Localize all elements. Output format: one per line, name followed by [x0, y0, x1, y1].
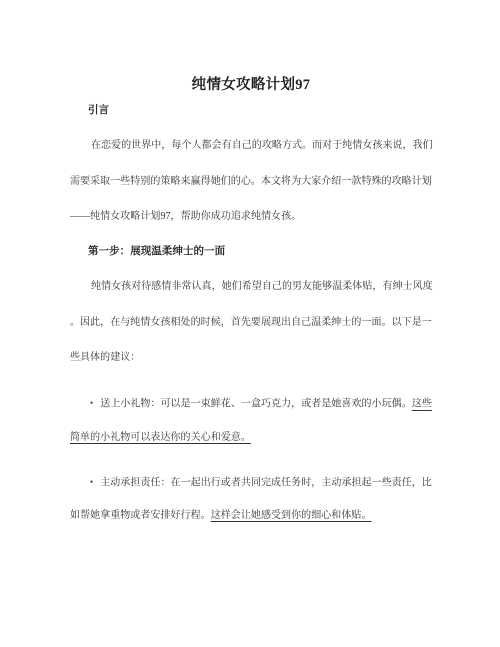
- text-segment: 如帮她拿重物或者安排好行程。: [70, 510, 211, 521]
- step1-paragraph-line-3: 些具体的建议：: [70, 340, 432, 375]
- step1-paragraph-line-2: 。因此，在与纯情女孩相处的时候，首先要展现出自己温柔绅士的一面。以下是一: [70, 305, 432, 340]
- bullet-text: 送上小礼物：可以是一束鲜花、一盒巧克力，或者是她喜欢的小玩偶。这些: [100, 399, 432, 410]
- intro-paragraph-line-3: ——纯情女攻略计划97，帮助你成功追求纯情女孩。: [70, 199, 432, 234]
- step1-heading: 第一步：展现温柔绅士的一面: [70, 234, 432, 269]
- bullet-item-responsibility: •主动承担责任：在一起出行或者共同完成任务时，主动承担起一些责任，比 如帮她拿重…: [70, 466, 432, 533]
- intro-paragraph-line-1: 在恋爱的世界中，每个人都会有自己的攻略方式。而对于纯情女孩来说，我们: [70, 128, 432, 163]
- bullet-text: 主动承担责任：在一起出行或者共同完成任务时，主动承担起一些责任，比: [100, 477, 432, 488]
- bullet-icon: •: [90, 466, 93, 499]
- document-title: 纯情女攻略计划97: [70, 77, 432, 93]
- intro-paragraph-line-2: 需要采取一些特别的策略来赢得她们的心。本文将为大家介绍一款特殊的攻略计划: [70, 164, 432, 199]
- bullet-icon: •: [90, 387, 93, 420]
- bullet-line: 如帮她拿重物或者安排好行程。这样会让她感受到你的细心和体贴。: [70, 499, 432, 532]
- bullet-line: •主动承担责任：在一起出行或者共同完成任务时，主动承担起一些责任，比: [70, 466, 432, 500]
- bullet-line: •送上小礼物：可以是一束鲜花、一盒巧克力，或者是她喜欢的小玩偶。这些: [70, 387, 432, 421]
- intro-heading: 引言: [70, 93, 432, 128]
- step1-paragraph-line-1: 纯情女孩对待感情非常认真，她们希望自己的男友能够温柔体贴，有绅士风度: [70, 269, 432, 304]
- bullet-item-gift: •送上小礼物：可以是一束鲜花、一盒巧克力，或者是她喜欢的小玩偶。这些 简单的小礼…: [70, 387, 432, 454]
- underlined-text: 这样会让她感受到你的细心和体贴。: [211, 510, 372, 521]
- text-segment: 送上小礼物：可以是一束鲜花、一盒巧克力，或者是她喜欢的小玩偶。: [100, 399, 412, 410]
- underlined-text: 简单的小礼物可以表达你的关心和爱意。: [70, 432, 251, 443]
- bullet-line: 简单的小礼物可以表达你的关心和爱意。: [70, 421, 432, 454]
- text-segment: 主动承担责任：在一起出行或者共同完成任务时，主动承担起一些责任，比: [100, 477, 432, 488]
- document-page: 纯情女攻略计划97 引言 在恋爱的世界中，每个人都会有自己的攻略方式。而对于纯情…: [0, 0, 500, 647]
- underlined-text: 这些: [412, 399, 432, 410]
